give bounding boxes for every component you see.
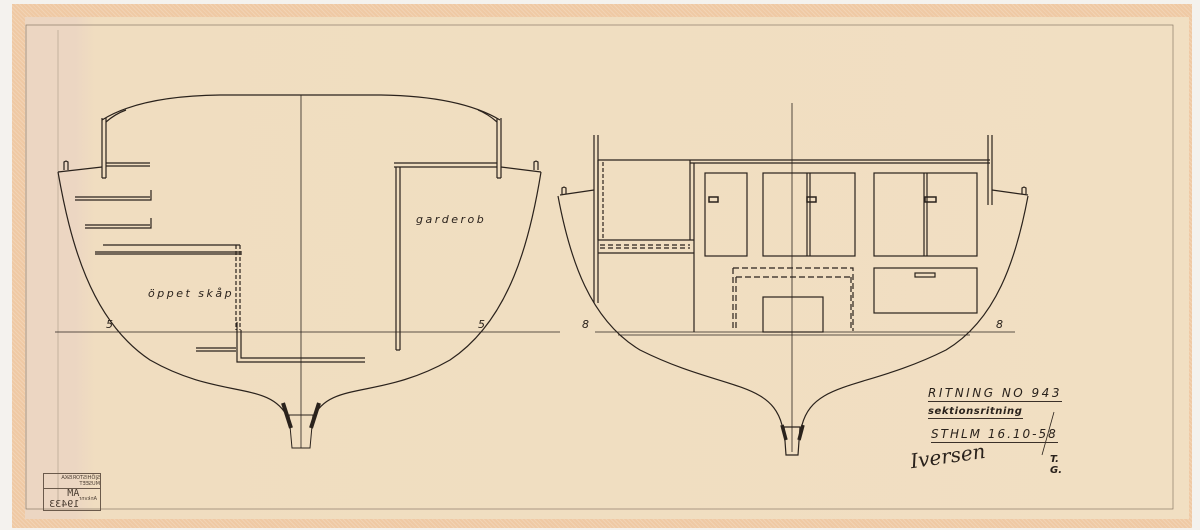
label-open-cabinet: öppet skåp [148,287,234,300]
left-hull-section [55,95,560,448]
museum-stamp: SJÖHISTORISKA MUSEET Ankvnr AM 19433 [43,473,101,511]
station-marker-right-5: 5 [478,318,485,331]
stamp-accession-number: AM 19433 [47,488,79,510]
section-drawing [0,0,1200,530]
drawing-description: sektionsritning [928,406,1023,419]
station-marker-left-5: 5 [106,318,113,331]
stamp-header: SJÖHISTORISKA MUSEET [44,474,100,489]
drawing-number: RITNING NO 943 [928,386,1062,402]
station-marker-left-8: 8 [582,318,589,331]
stamp-accession: Ankvnr AM 19433 [44,489,100,509]
label-wardrobe: garderob [416,213,486,226]
initials: T. G. [1050,454,1062,476]
right-hull-section [558,103,1028,455]
station-marker-right-8: 8 [996,318,1003,331]
stamp-accession-label: Ankvnr [79,496,97,502]
place-date: STHLM 16.10-58 [931,427,1058,443]
